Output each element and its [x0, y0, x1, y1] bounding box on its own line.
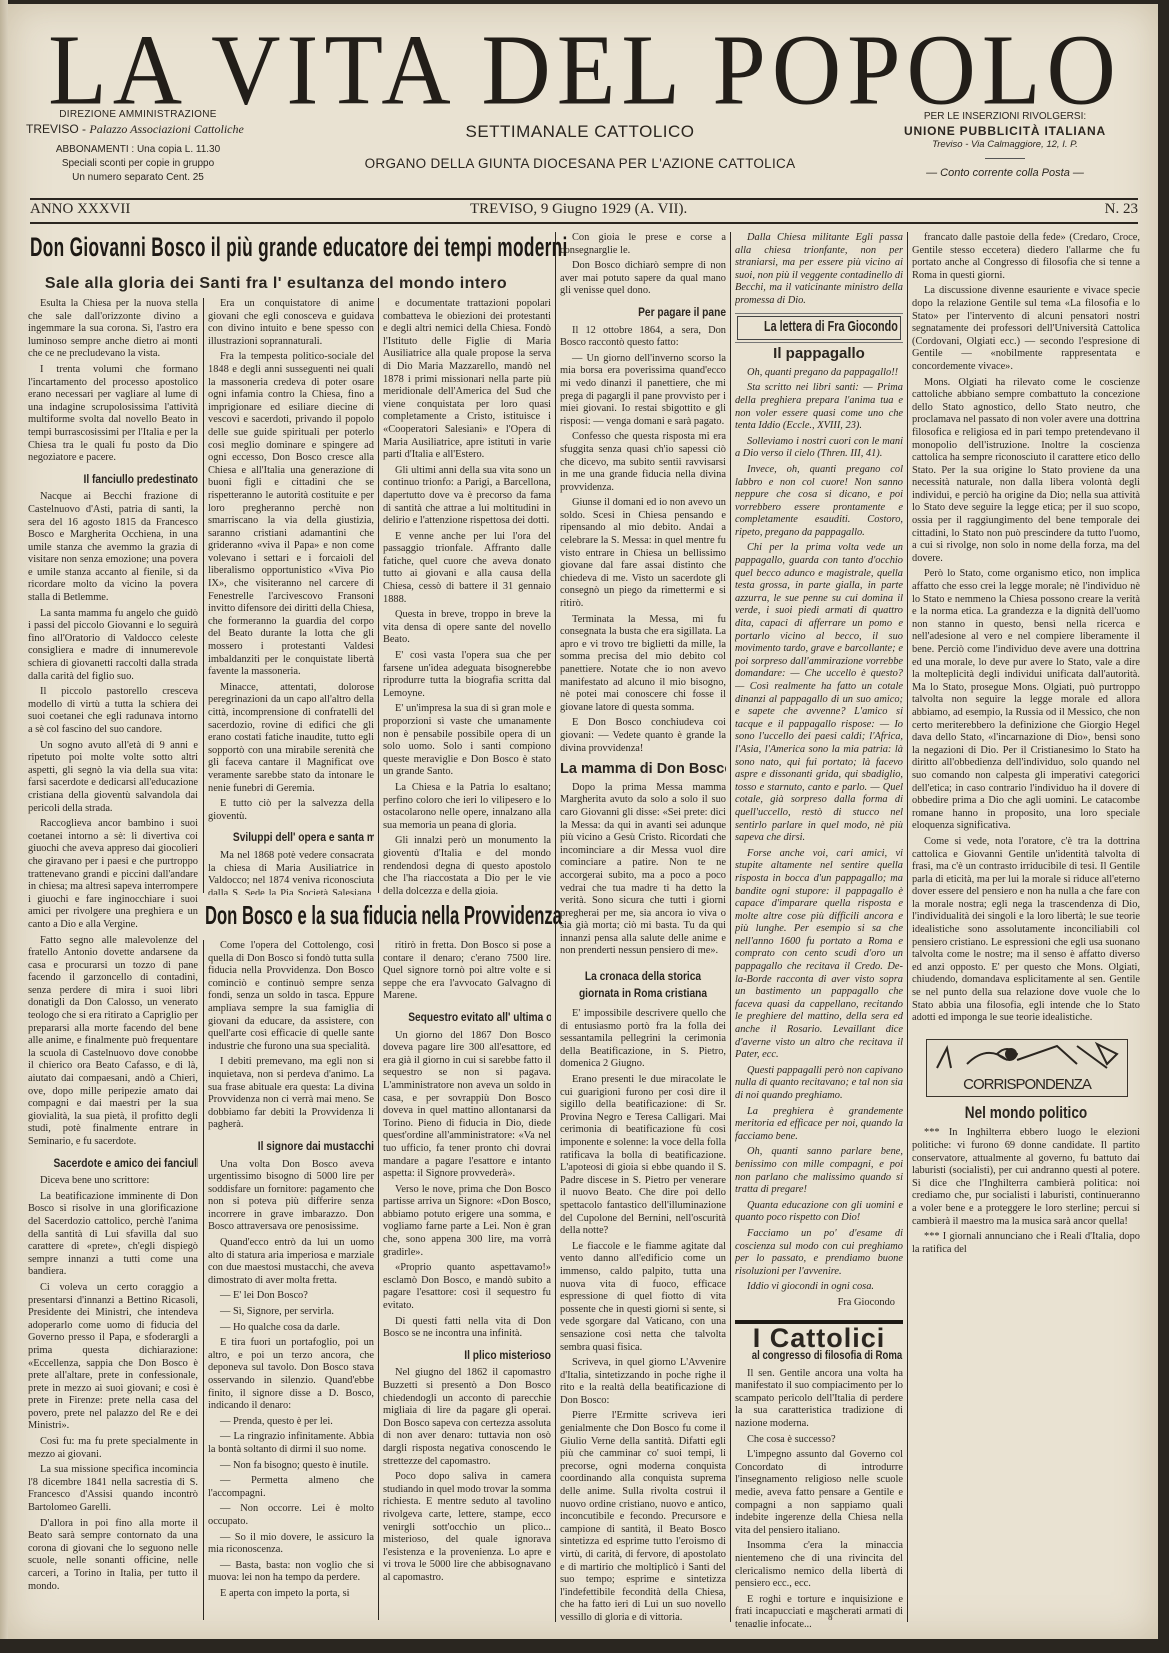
paragraph: — Non fa bisogno; questo è inutile.: [208, 1460, 374, 1473]
paragraph: E venne anche per lui l'ora del passaggi…: [383, 531, 551, 607]
paragraph: Minacce, attentati, dolorose peregrinazi…: [208, 682, 374, 795]
section-heading: Nel mondo politico: [935, 1107, 1117, 1120]
paragraph: La sua missione specifica incomincia l'8…: [28, 1464, 198, 1514]
paragraph: La beatificazione imminente di Don Bosco…: [28, 1191, 198, 1279]
paragraph: L'impegno assunto dal Governo col Concor…: [735, 1449, 903, 1537]
paragraph: Pierre l'Ermitte scriveva ieri genialmen…: [560, 1410, 726, 1624]
signature: Fra Giocondo: [735, 1297, 895, 1310]
column-rule: [907, 232, 908, 1622]
paragraph: ritirò in fretta. Don Bosco si pose a co…: [383, 940, 551, 1003]
paragraph: Così fu: ma fu prete specialmente in mez…: [28, 1436, 198, 1461]
section-heading: La mamma di Don Bosco: [560, 763, 726, 776]
lead-headline: Don Giovanni Bosco il più grande educato…: [30, 232, 568, 263]
paragraph-group: Il sen. Gentile ancora una volta ha mani…: [735, 1368, 903, 1627]
masthead-organ: ORGANO DELLA GIUNTA DIOCESANA PER L'AZIO…: [330, 156, 830, 171]
paragraph: Era un conquistatore di anime giovani ch…: [208, 298, 374, 348]
paragraph: La Chiesa e la Patria lo esaltano; perfi…: [383, 782, 551, 832]
agency-address: Treviso - Via Calmaggiore, 12, I. P.: [932, 139, 1078, 150]
page-bottom-edge: [0, 1639, 1169, 1653]
paragraph: — Permetta almeno che l'accompagni.: [208, 1475, 374, 1500]
paragraph: Quand'ecco entrò da lui un uomo alto di …: [208, 1237, 374, 1287]
corrispondenza-banner: CORRISPONDENZA: [926, 1039, 1128, 1097]
page-edge: [0, 0, 8, 1653]
paragraph-group: ritirò in fretta. Don Bosco si pose a co…: [383, 940, 551, 1003]
paragraph: Solleviamo i nostri cuori con le mani a …: [735, 436, 903, 461]
section-heading: Il signore dai mustacchi: [233, 1140, 374, 1153]
issue-number: N. 23: [1105, 201, 1138, 218]
paragraph: — Basta, basta: non voglio che si muova:…: [208, 1560, 374, 1585]
provvidenza-column-2: ritirò in fretta. Don Bosco si pose a co…: [383, 940, 551, 1625]
paragraph: Fra la tempesta politico-sociale del 184…: [208, 351, 374, 678]
group-discount: Speciali sconti per copie in gruppo: [28, 157, 248, 171]
paragraph: Di questi fatti nella vita di Don Bosco …: [383, 1316, 551, 1341]
advertising-label: PER LE INSERZIONI RIVOLGERSI:: [870, 110, 1140, 124]
paragraph: Erano presenti le due miracolate le cui …: [560, 1074, 726, 1238]
paragraph: *** In Inghilterra ebbero luogo le elezi…: [912, 1127, 1140, 1228]
paragraph: — La ringrazio infinitamente. Abbia la b…: [208, 1431, 374, 1456]
section-heading: Sviluppi dell' opera e santa morte: [233, 831, 374, 844]
paragraph: E' impossibile descrivere quello che di …: [560, 1008, 726, 1071]
paragraph: Don Bosco dichiarò sempre di non aver ma…: [560, 260, 726, 298]
column-rule: [378, 298, 379, 893]
paragraph: e documentate trattazioni popolari comba…: [383, 298, 551, 462]
paragraph: Un giorno del 1867 Don Bosco doveva paga…: [383, 1030, 551, 1181]
page-mark: 8: [828, 1612, 833, 1622]
paragraph-group: Come l'opera del Cottolengo, così quella…: [208, 940, 374, 1132]
paragraph: Con gioia le prese e corse a consegnargl…: [560, 232, 726, 257]
paragraph: Che cosa è successo?: [735, 1434, 903, 1447]
paragraph-group: Nacque ai Becchi frazione di Castelnuovo…: [28, 491, 198, 1148]
paragraph: Questa in breve, troppo in breve la vita…: [383, 609, 551, 647]
column-rule: [203, 298, 204, 893]
paragraph: Esulta la Chiesa per la nuova stella che…: [28, 298, 198, 361]
masthead-right-info: PER LE INSERZIONI RIVOLGERSI: UNIONE PUB…: [870, 110, 1140, 180]
paragraph: Mons. Olgiati ha rilevato come le coscie…: [912, 377, 1140, 566]
section-heading: Sacerdote e amico dei fanciulli: [54, 1157, 199, 1170]
paragraph: — Non occorre. Lei è molto occupato.: [208, 1503, 374, 1528]
paragraph: Raccoglieva ancor bambino i suoi coetane…: [28, 818, 198, 931]
paragraph: Ci voleva un certo coraggio a presentars…: [28, 1282, 198, 1433]
cattolici-continued-column: francato dalle pastoie della fede» (Cred…: [912, 232, 1140, 1627]
paragraph: Terminata la Messa, mi fu consegnata la …: [560, 614, 726, 715]
illustration-icon: [927, 1040, 1127, 1072]
banner-label: CORRISPONDENZA: [927, 1079, 1127, 1092]
paragraph: Facciamo un po' d'esame di coscienza sul…: [735, 1228, 903, 1278]
paragraph: Poco dopo saliva in camera studiando in …: [383, 1471, 551, 1584]
paragraph-group: e documentate trattazioni popolari comba…: [383, 298, 551, 895]
paragraph: Un sogno avuto all'età di 9 anni e ripet…: [28, 740, 198, 816]
paragraph: E' così vasta l'opera sua che per farsen…: [383, 650, 551, 700]
paragraph: Il sen. Gentile ancora una volta ha mani…: [735, 1368, 903, 1431]
paragraph-group: Dopo la prima Messa mamma Margherita avu…: [560, 782, 726, 958]
paragraph: Oh, quanti sanno parlare bene, benissimo…: [735, 1146, 903, 1196]
paragraph-group: Era un conquistatore di anime giovani ch…: [208, 298, 374, 823]
section-heading: Per pagare il pane: [585, 306, 726, 319]
paragraph: — Un giorno dell'inverno scorso la mia b…: [560, 353, 726, 429]
paragraph: Giunse il domani ed io non avevo un sold…: [560, 497, 726, 610]
paragraph: E aperta con impeto la porta, si: [208, 1588, 374, 1601]
section-heading: La cronaca della storica giornata in Rom…: [572, 968, 713, 1002]
divider: [985, 158, 1025, 159]
paragraph-group: Nel giugno del 1862 il capomastro Buzzet…: [383, 1367, 551, 1584]
paragraph: Una volta Don Bosco aveva urgentissimo b…: [208, 1159, 374, 1235]
paragraph: Dalla Chiesa militante Egli passa alla c…: [735, 232, 903, 308]
paragraph: Sta scritto nei libri santi: — Prima del…: [735, 382, 903, 432]
paragraph-group: francato dalle pastoie della fede» (Cred…: [912, 232, 1140, 1025]
lead-column-4: Con gioia le prese e corse a consegnargl…: [560, 232, 726, 1627]
paragraph: Chi per la prima volta vede un pappagall…: [735, 542, 903, 844]
paragraph: Gli innalzi però un monumento la giovent…: [383, 835, 551, 895]
single-copy-price: Un numero separato Cent. 25: [28, 171, 248, 185]
paragraph: Come l'opera del Cottolengo, così quella…: [208, 940, 374, 1053]
paragraph: «Proprio quanto aspettavamo!» esclamò Do…: [383, 1262, 551, 1312]
cattolici-title: I Cattolici: [735, 1332, 903, 1345]
column-rule: [203, 940, 204, 1620]
paragraph-group: Con gioia le prese e corse a consegnargl…: [560, 232, 726, 298]
section-heading: Sequestro evitato all' ultima ora: [408, 1011, 551, 1024]
paragraph: Invece, oh, quanti pregano col labbro e …: [735, 464, 903, 540]
paragraph: La preghiera è grandemente meritoria ed …: [735, 1106, 903, 1144]
paragraph: Insomma c'era la minaccia nientemeno che…: [735, 1540, 903, 1590]
fra-giocondo-box: La lettera di Fra Giocondo: [737, 316, 901, 341]
fra-giocondo-column: Dalla Chiesa militante Egli passa alla c…: [735, 232, 903, 1627]
paragraph: Gli ultimi anni della sua vita sono un c…: [383, 465, 551, 528]
paragraph: francato dalle pastoie della fede» (Cred…: [912, 232, 1140, 282]
section-heading: Il fanciullo predestinato: [54, 473, 199, 486]
paragraph: I debiti premevano, ma egli non si inqui…: [208, 1056, 374, 1132]
paragraph: Nacque ai Becchi frazione di Castelnuovo…: [28, 491, 198, 604]
volume-year: ANNO XXXVII: [30, 201, 130, 218]
masthead-title: LA VITA DEL POPOLO: [30, 28, 1140, 112]
paragraph: Le fiaccole e le fiamme agitate dal vent…: [560, 1241, 726, 1354]
paragraph: Dopo la prima Messa mamma Margherita avu…: [560, 782, 726, 958]
paragraph: D'allora in poi fino alla morte il Beato…: [28, 1518, 198, 1594]
paragraph-group: Un giorno del 1867 Don Bosco doveva paga…: [383, 1030, 551, 1341]
direction-label: DIREZIONE AMMINISTRAZIONE: [28, 108, 248, 122]
postal-account: — Conto corrente colla Posta —: [870, 166, 1140, 180]
lead-subheadline: Sale alla gloria dei Santi fra l' esulta…: [0, 275, 552, 293]
city-label: TREVISO -: [26, 122, 86, 136]
paragraph-group: Oh, quanti pregano da pappagallo!!Sta sc…: [735, 367, 903, 1294]
paragraph: E Don Bosco conchiudeva coi giovani: — V…: [560, 717, 726, 755]
paragraph: La santa mamma fu angelo che guidò i pas…: [28, 608, 198, 684]
column-rule: [730, 232, 731, 1622]
paragraph-group: *** In Inghilterra ebbero luogo le elezi…: [912, 1127, 1140, 1256]
paragraph: Fatto segno alle malevolenze del fratell…: [28, 935, 198, 1149]
paragraph: E tira fuori un portafoglio, poi un altr…: [208, 1337, 374, 1413]
divider: [30, 198, 1138, 200]
paragraph: E' un'impresa la sua di sì gran mole e p…: [383, 703, 551, 779]
paragraph: Il piccolo pastorello cresceva modello d…: [28, 686, 198, 736]
masthead-subtitle: SETTIMANALE CATTOLICO: [330, 122, 830, 142]
paragraph: *** I giornali annunciano che i Reali d'…: [912, 1231, 1140, 1256]
paragraph: Nel giugno del 1862 il capomastro Buzzet…: [383, 1367, 551, 1468]
cattolici-subtitle: al congresso di filosofia di Roma: [752, 1349, 886, 1362]
paragraph: Il 12 ottobre 1864, a sera, Don Bosco ra…: [560, 325, 726, 350]
paragraph: — Sì, Signore, per servirla.: [208, 1306, 374, 1319]
issue-date: TREVISO, 9 Giugno 1929 (A. VII).: [470, 201, 687, 218]
section-heading: Il plico misterioso: [408, 1349, 551, 1362]
paragraph: Diceva bene uno scrittore:: [28, 1175, 198, 1188]
paragraph-group: Ma nel 1868 potè vedere consacrata la ch…: [208, 850, 374, 895]
provvidenza-column-1: Come l'opera del Cottolengo, così quella…: [208, 940, 374, 1625]
masthead-left-info: DIREZIONE AMMINISTRAZIONE TREVISO - Pala…: [28, 108, 248, 185]
masthead-center-info: SETTIMANALE CATTOLICO ORGANO DELLA GIUNT…: [330, 122, 830, 171]
lead-column-2: Era un conquistatore di anime giovani ch…: [208, 298, 374, 895]
paragraph-group: Una volta Don Bosco aveva urgentissimo b…: [208, 1159, 374, 1601]
paragraph-group: Il 12 ottobre 1864, a sera, Don Bosco ra…: [560, 325, 726, 756]
provvidenza-headline: Don Bosco e la sua fiducia nella Provvid…: [205, 900, 562, 931]
paragraph: — Prenda, questo è per lei.: [208, 1416, 374, 1429]
paragraph: Iddio vi giocondi in ogni cosa.: [735, 1281, 903, 1294]
paragraph-group: Dalla Chiesa militante Egli passa alla c…: [735, 232, 903, 308]
paragraph: Scriveva, in quel giorno L'Avvenire d'It…: [560, 1357, 726, 1407]
article-title: Il pappagallo: [735, 348, 903, 361]
paragraph: E roghi e torture e inquisizione e frati…: [735, 1594, 903, 1627]
paragraph: E tutto ciò per la salvezza della gioven…: [208, 798, 374, 823]
paragraph: Confesso che questa risposta mi era sfug…: [560, 431, 726, 494]
lead-column-1: Esulta la Chiesa per la nuova stella che…: [28, 298, 198, 1623]
dateline: ANNO XXXVII TREVISO, 9 Giugno 1929 (A. V…: [30, 201, 1138, 219]
office-address: Palazzo Associazioni Cattoliche: [89, 122, 243, 136]
lead-column-3: e documentate trattazioni popolari comba…: [383, 298, 551, 895]
paragraph: Quanta educazione con gli uomini e quant…: [735, 1200, 903, 1225]
advertising-agency: UNIONE PUBBLICITÀ ITALIANA: [870, 124, 1140, 138]
column-rule: [378, 940, 379, 1620]
paragraph-group: Diceva bene uno scrittore:La beatificazi…: [28, 1175, 198, 1593]
paragraph: Questi pappagalli però non capivano null…: [735, 1065, 903, 1103]
paragraph: — So il mio dovere, le assicuro la mia r…: [208, 1532, 374, 1557]
divider: [30, 222, 1138, 224]
paragraph: Oh, quanti pregano da pappagallo!!: [735, 367, 903, 380]
paragraph: Ma nel 1868 potè vedere consacrata la ch…: [208, 850, 374, 895]
subscription-price: ABBONAMENTI : Una copia L. 11.30: [28, 143, 248, 157]
paragraph-group: E' impossibile descrivere quello che di …: [560, 1008, 726, 1625]
paragraph: Forse anche voi, cari amici, vi stupite …: [735, 848, 903, 1062]
paragraph: — Ho qualche cosa da darle.: [208, 1322, 374, 1335]
paragraph: La discussione divenne esauriente e viva…: [912, 285, 1140, 373]
paragraph: Verso le nove, prima che Don Bosco parti…: [383, 1184, 551, 1260]
paragraph: I trenta volumi che formano l'incartamen…: [28, 364, 198, 465]
paragraph-group: Esulta la Chiesa per la nuova stella che…: [28, 298, 198, 465]
box-title: La lettera di Fra Giocondo: [764, 321, 898, 334]
paragraph: Come si vede, nota l'oratore, c'è tra la…: [912, 836, 1140, 1025]
paragraph: — E' lei Don Bosco?: [208, 1290, 374, 1303]
paragraph: Però lo Stato, come organismo etico, non…: [912, 568, 1140, 832]
